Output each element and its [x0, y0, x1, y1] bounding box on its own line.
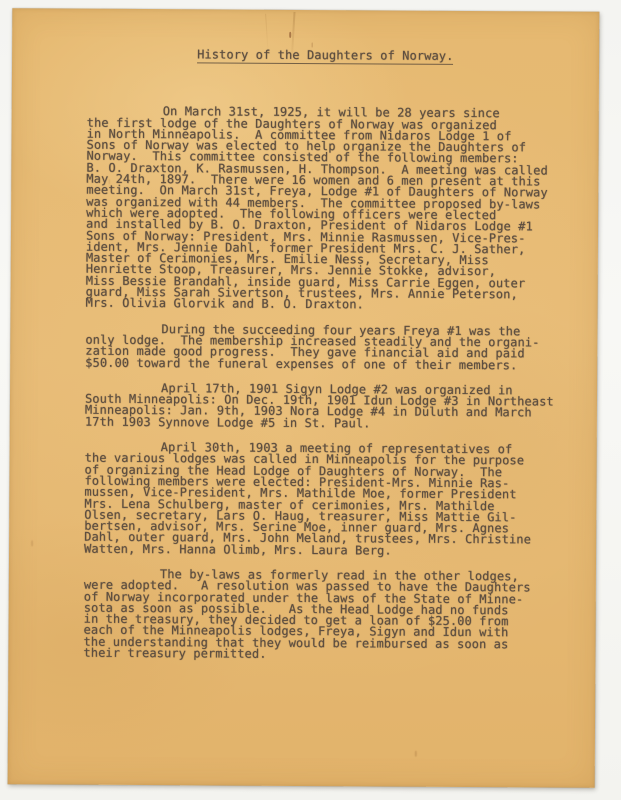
paragraph: On March 31st, 1925, it will be 28 years… — [86, 106, 561, 312]
paper-crease-faint — [265, 14, 268, 50]
paragraph: April 30th, 1903 a meeting of representa… — [84, 442, 559, 558]
typewritten-text: History of the Daughters of Norway. On M… — [83, 49, 561, 676]
document-paper: History of the Daughters of Norway. On M… — [8, 8, 600, 788]
foxing-speck — [289, 32, 291, 38]
page-title: History of the Daughters of Norway. — [197, 49, 453, 65]
paragraph: April 17th, 1901 Sigyn Lodge #2 was orga… — [85, 382, 559, 430]
scan-background: History of the Daughters of Norway. On M… — [0, 0, 621, 800]
paragraphs: On March 31st, 1925, it will be 28 years… — [83, 106, 560, 662]
paragraph: During the succeeding four years Freya #… — [85, 323, 559, 371]
paragraph: The by-laws as formerly read in the othe… — [83, 569, 558, 662]
